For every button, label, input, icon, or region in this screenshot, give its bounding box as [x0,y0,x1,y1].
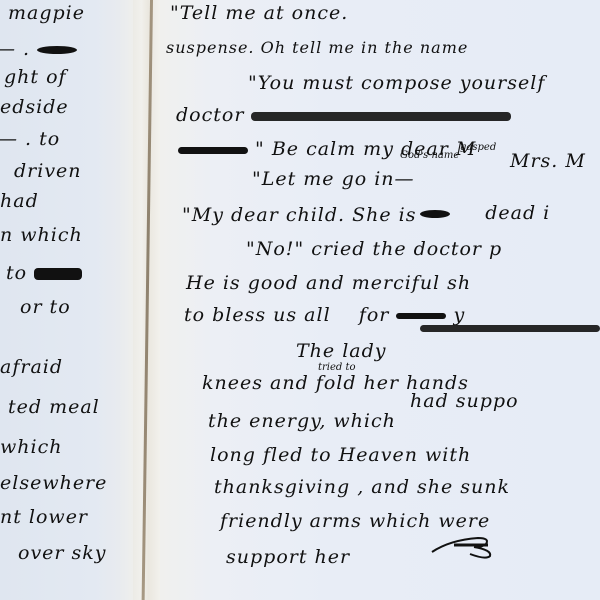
left-line: elsewhere [0,472,107,494]
open-manuscript-book: magpie — . ght of edside — . to driven h… [0,0,600,600]
manuscript-line: "My dear child. She is [182,204,416,226]
manuscript-line: "No!" cried the doctor p [246,238,502,260]
struck-word [178,147,248,154]
manuscript-line: "You must compose yourself [248,72,545,94]
left-line: ted meal [8,396,100,418]
manuscript-line: He is good and merciful sh [186,272,471,294]
left-line: ght of [4,66,67,88]
left-line: magpie [8,2,85,24]
left-line: afraid [0,356,63,378]
manuscript-line: "Let me go in— [252,168,415,190]
interlinear-insertion: God's name [400,150,459,161]
left-line: nt lower [0,506,88,528]
struck-passage [251,112,511,121]
left-page: magpie — . ght of edside — . to driven h… [0,0,135,600]
struck-word [34,268,82,280]
manuscript-line [420,316,600,338]
left-line: which [0,436,62,458]
left-line: over sky [18,542,107,564]
left-line: driven [14,160,82,182]
manuscript-line: doctor [176,104,511,126]
manuscript-line: support her [226,546,350,568]
ink-blot [420,210,450,218]
manuscript-line: the energy, which [208,410,396,432]
manuscript-line: suspense. Oh tell me in the name [166,38,468,57]
left-line: to [6,262,82,284]
manuscript-line: dead i [420,202,550,224]
left-line: edside [0,96,69,118]
manuscript-line: Mrs. M [510,150,586,172]
struck-passage [420,325,600,332]
right-page: "Tell me at once. suspense. Oh tell me i… [160,0,600,600]
manuscript-line: thanksgiving , and she sunk [214,476,510,498]
left-line: n which [0,224,83,246]
interlinear-insertion: gasped [460,142,496,153]
ink-blot [37,46,77,54]
signature-flourish-icon [430,532,500,562]
left-line: — . to [0,128,60,150]
manuscript-line: had suppo [410,390,519,412]
manuscript-line: friendly arms which were [220,510,490,532]
manuscript-line: long fled to Heaven with [210,444,471,466]
left-line: had [0,190,39,212]
manuscript-line: The lady [296,340,387,362]
left-line: or to [20,296,71,318]
left-line: — . [0,38,77,60]
manuscript-line: "Tell me at once. [170,2,348,24]
